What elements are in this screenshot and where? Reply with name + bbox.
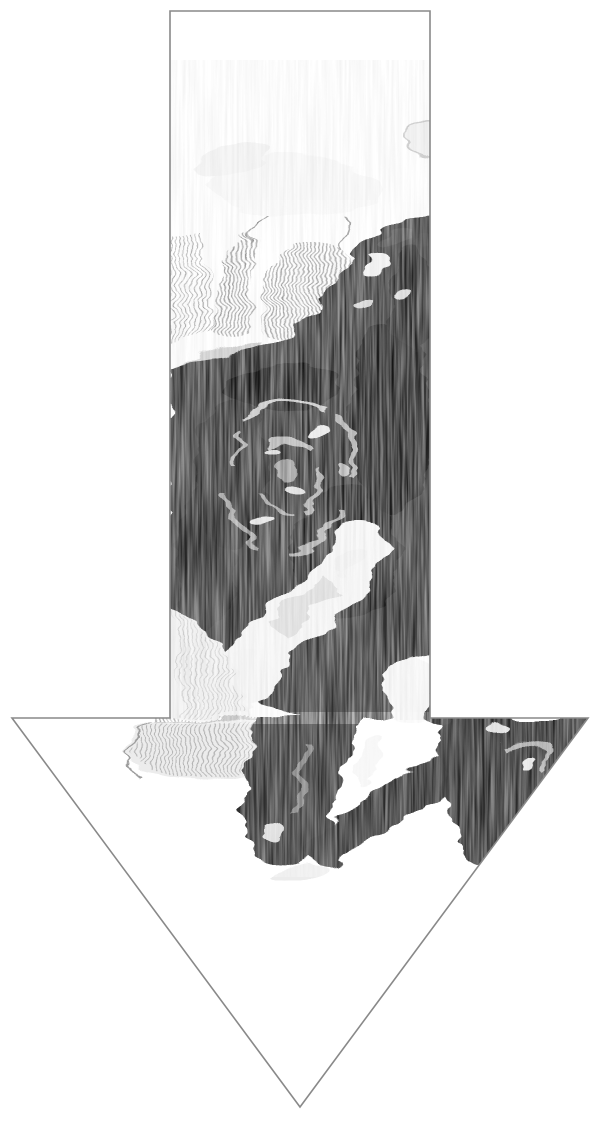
arrow-interior [0,0,600,1122]
down-arrow-graphic [0,0,600,1122]
sketch-arrow-figure [0,0,600,1122]
paper-grain-overlay [162,60,438,720]
pencil-grain-overlay [240,712,592,877]
